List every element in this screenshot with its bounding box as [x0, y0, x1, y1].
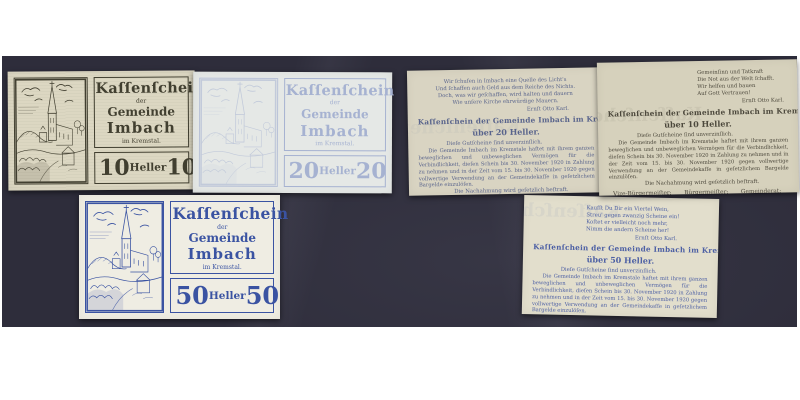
- banknotes-photo-background: Kaſſenſchein der Gemeinde Imbach im Krem…: [2, 56, 797, 327]
- back-heading: Kaſſenſchein der Gemeinde Imbach im Krem…: [418, 115, 594, 139]
- banknote-10-heller-front: Kaſſenſchein der Gemeinde Imbach im Krem…: [8, 70, 196, 190]
- denomination-unit: Heller: [209, 290, 246, 302]
- note-line-gemeinde: Gemeinde: [96, 104, 187, 119]
- denomination-row: 10 Heller 10: [94, 151, 189, 184]
- church-landscape-icon: [200, 79, 277, 186]
- terms-paragraph: Die Gemeinde Imbach im Kremstale haftet …: [532, 273, 708, 318]
- official-vize-buergermeister: Vize-Bürgermeiſter:: [613, 191, 672, 196]
- terms-paragraph: Die Gemeinde Imbach im Kremstale haftet …: [608, 138, 789, 182]
- penalty-line: Die Nachahmung wird geſetzlich beſtraft.: [645, 179, 789, 189]
- title-box: Kaſſenſchein der Gemeinde Imbach im Krem…: [170, 201, 274, 274]
- banknote-20-heller-back: Kaſſenſchein Wir ſchufen in Imbach eine …: [407, 67, 605, 195]
- front-text-panel: Kaſſenſchein der Gemeinde Imbach im Krem…: [283, 78, 386, 187]
- terms-paragraph: Die Gemeinde Imbach im Kremstale haftet …: [418, 146, 595, 190]
- church-engraving: [199, 78, 278, 187]
- denomination-value-left: 20: [288, 158, 319, 184]
- verse-author: Ernſt Otto Karl.: [586, 234, 677, 243]
- verse-block: Wir ſchufen in Imbach eine Quelle des Li…: [417, 76, 594, 114]
- church-engraving: [14, 77, 88, 185]
- note-line-imbach: Imbach: [96, 119, 187, 138]
- back-heading: Kaſſenſchein der Gemeinde Imbach im Krem…: [533, 243, 708, 268]
- officials-row: Vize-Bürgermeiſter: Bürgermeiſter: Gemei…: [609, 189, 789, 196]
- note-line-gemeinde: Gemeinde: [172, 231, 272, 245]
- official-buergermeister: Bürgermeiſter:: [684, 190, 728, 196]
- note-line-gemeinde: Gemeinde: [286, 107, 384, 121]
- front-text-panel: Kaſſenſchein der Gemeinde Imbach im Krem…: [93, 76, 189, 184]
- denomination-value-left: 50: [175, 281, 208, 310]
- banknote-20-heller-front: Kaſſenſchein der Gemeinde Imbach im Krem…: [193, 72, 392, 194]
- back-heading-denomination: über 20 Heller.: [418, 125, 594, 138]
- banknote-50-heller-back: Kaſſenſchein Kaufſt Du Dir ein Viertel W…: [522, 195, 719, 318]
- denomination-value-left: 10: [99, 155, 130, 181]
- verse-block: Gemeinſinn und Tatkraft Die Not aus der …: [697, 69, 784, 106]
- church-engraving: [85, 201, 164, 313]
- note-title: Kaſſenſchein: [286, 82, 384, 99]
- note-title: Kaſſenſchein: [172, 204, 272, 223]
- back-heading: Kaſſenſchein der Gemeinde Imbach im Krem…: [608, 107, 788, 131]
- church-landscape-icon: [15, 78, 87, 183]
- title-box: Kaſſenſchein der Gemeinde Imbach im Krem…: [284, 78, 387, 151]
- back-heading-denomination: über 10 Heller.: [608, 117, 788, 131]
- verse-author: Ernſt Otto Karl.: [418, 105, 569, 115]
- note-line-kremstal: im Kremstal.: [286, 140, 384, 147]
- verse-block: Kaufſt Du Dir ein Viertel Wein, Streu' g…: [586, 205, 695, 243]
- note-title: Kaſſenſchein: [95, 80, 186, 98]
- banknote-10-heller-back: Kaſſenſchein Gemeinſinn und Tatkraft Die…: [597, 59, 799, 195]
- denomination-value-right: 50: [246, 281, 279, 310]
- note-line-der: der: [172, 224, 272, 231]
- denomination-row: 50 Heller 50: [170, 278, 274, 313]
- title-box: Kaſſenſchein der Gemeinde Imbach im Krem…: [93, 76, 189, 148]
- denomination-unit: Heller: [319, 165, 356, 177]
- official-gemeinderat: Gemeinderat:: [741, 189, 781, 196]
- note-line-kremstal: im Kremstal.: [96, 137, 187, 145]
- church-landscape-icon: [86, 202, 163, 312]
- note-line-imbach: Imbach: [286, 122, 384, 140]
- note-line-imbach: Imbach: [172, 245, 272, 263]
- front-text-panel: Kaſſenſchein der Gemeinde Imbach im Krem…: [170, 201, 274, 313]
- note-line-kremstal: im Kremstal.: [172, 264, 272, 271]
- note-line-der: der: [286, 99, 384, 106]
- denomination-row: 20 Heller 20: [283, 155, 385, 187]
- banknote-50-heller-front: Kaſſenſchein der Gemeinde Imbach im Krem…: [79, 195, 280, 319]
- verse-author: Ernſt Otto Karl.: [697, 97, 783, 105]
- denomination-value-right: 20: [356, 158, 387, 184]
- denomination-unit: Heller: [130, 162, 167, 174]
